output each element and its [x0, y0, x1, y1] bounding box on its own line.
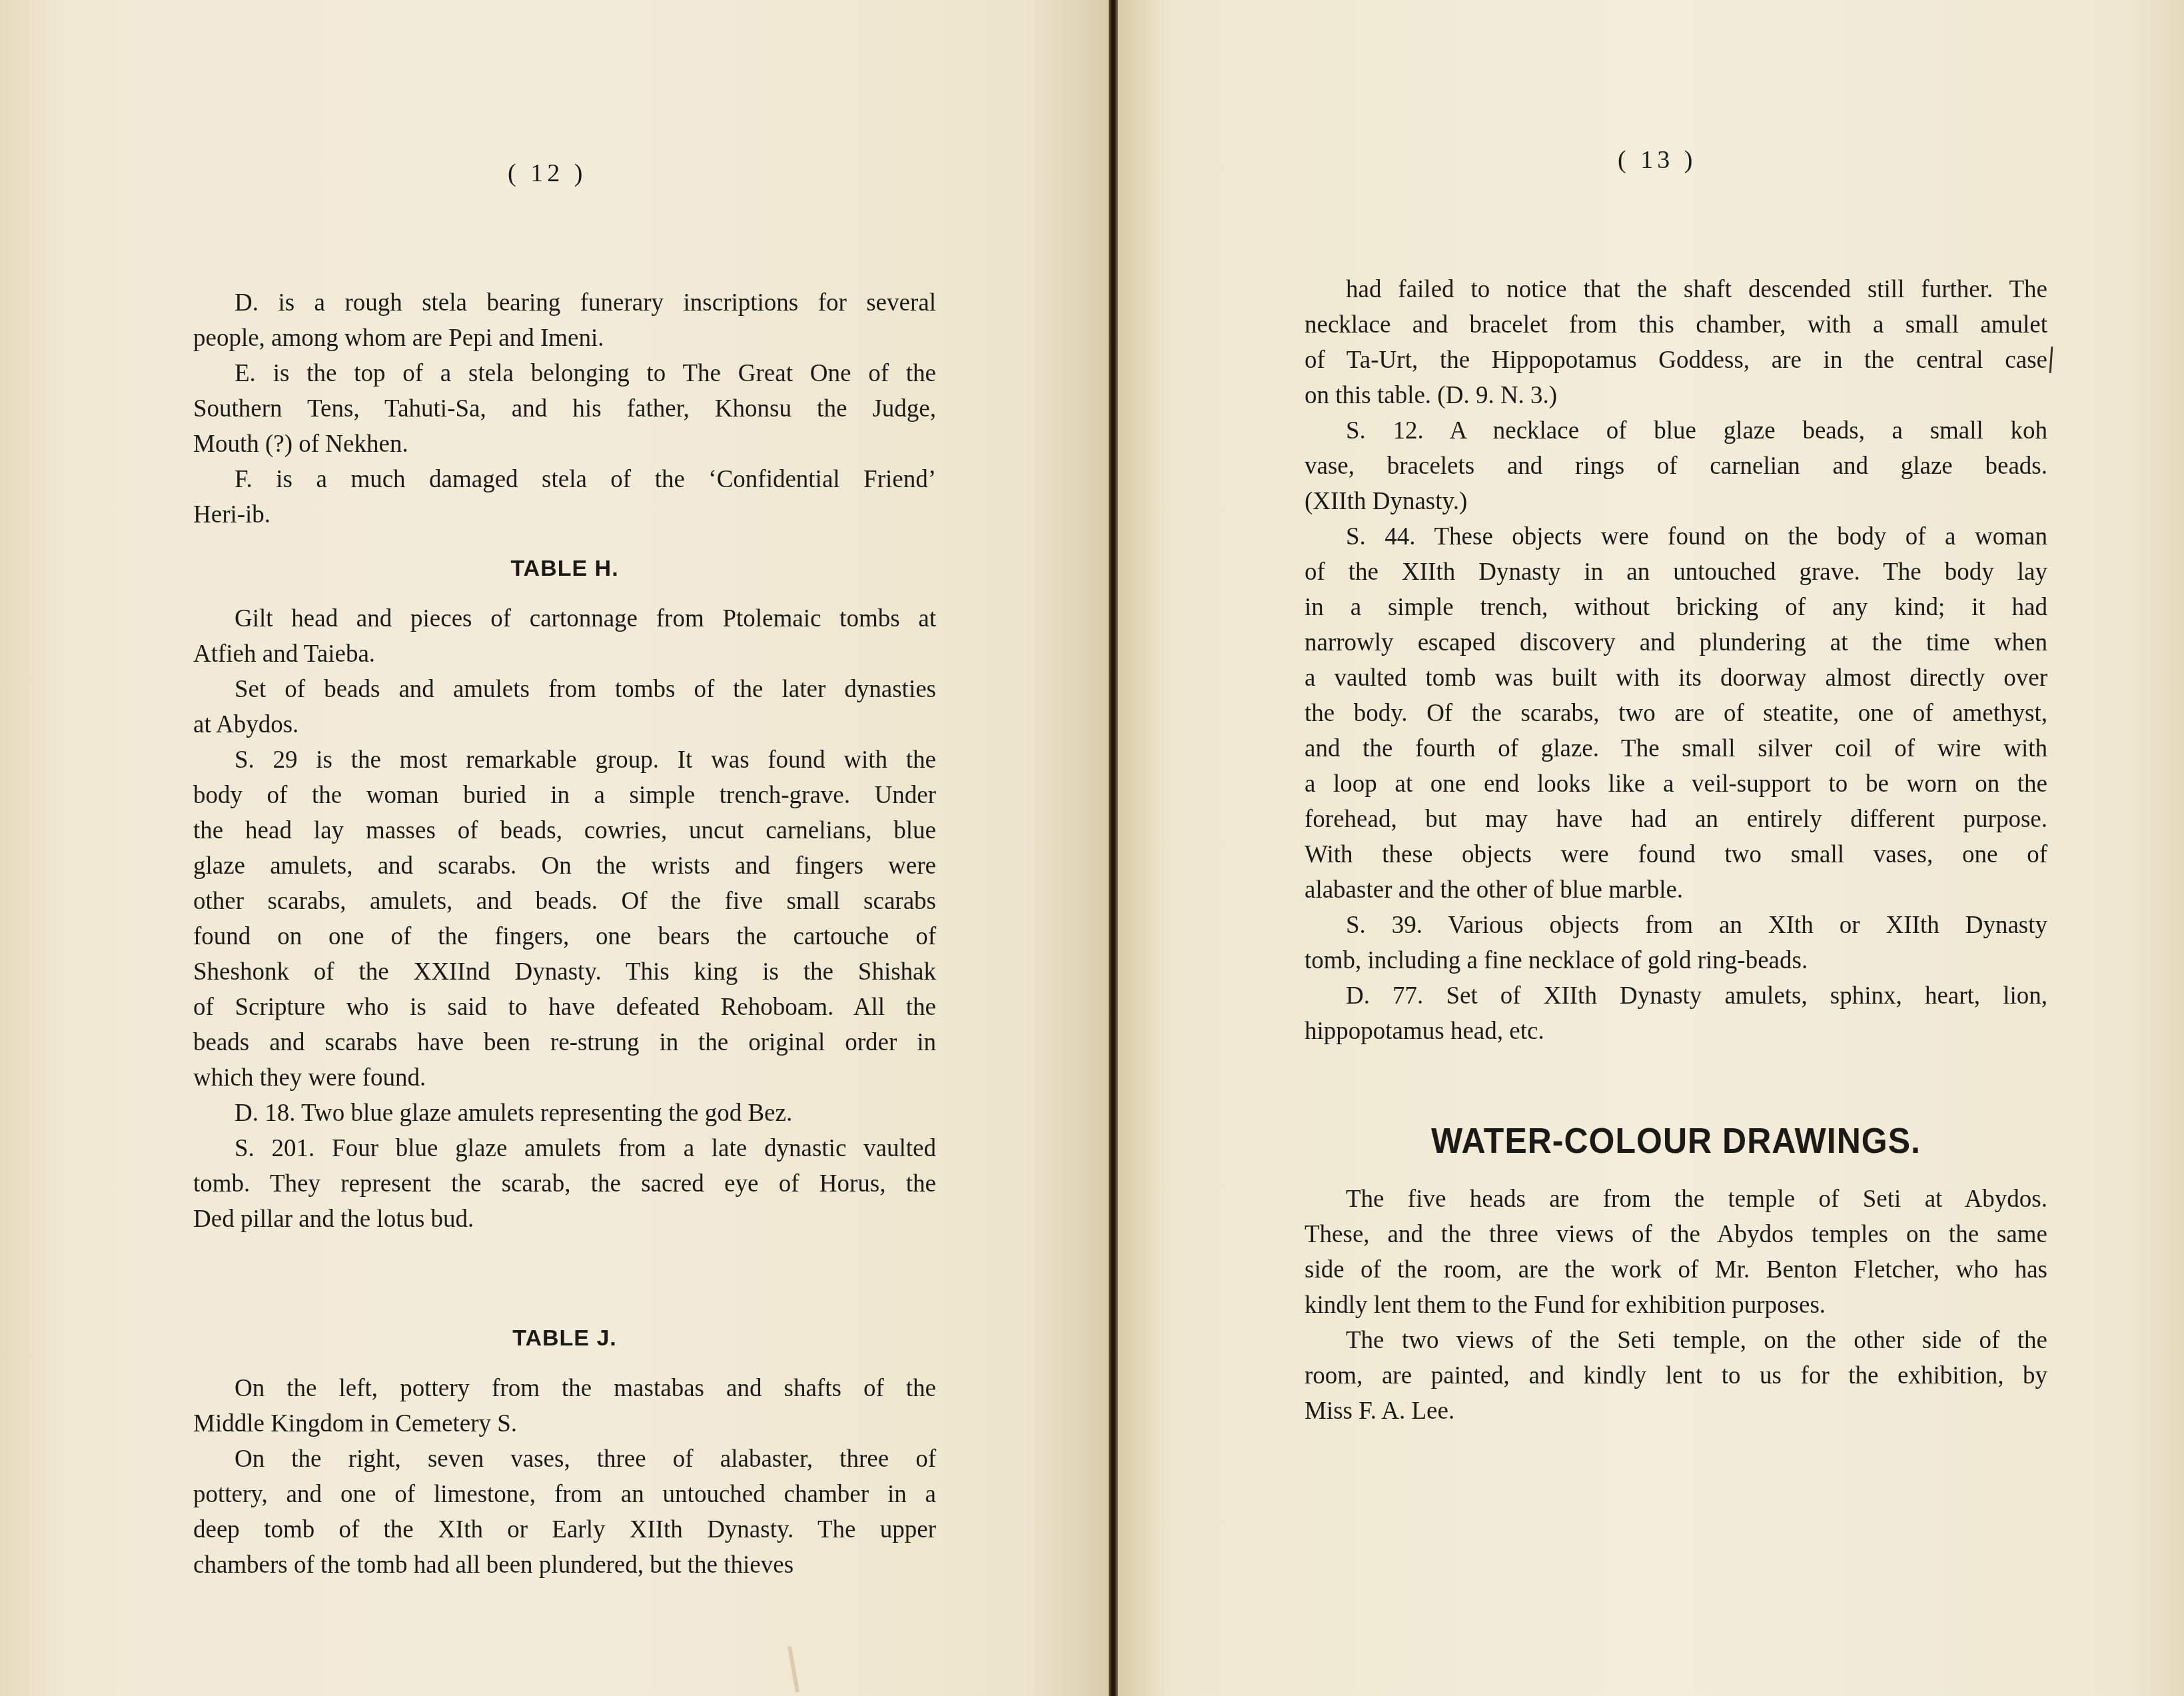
table-j-heading: TABLE J.	[193, 1321, 936, 1356]
text-line: a vaulted tomb was built with its doorwa…	[1305, 660, 2047, 696]
text-line: pottery, and one of limestone, from an u…	[193, 1477, 936, 1512]
text-line: which they were found.	[193, 1060, 936, 1096]
paragraph: had failed to notice that the shaft desc…	[1305, 272, 2047, 413]
text-line: S. 39. Various objects from an XIth or X…	[1305, 908, 2047, 943]
text-line: hippopotamus head, etc.	[1305, 1014, 2047, 1049]
text-line: Sheshonk of the XXIInd Dynasty. This kin…	[193, 954, 936, 990]
text-line: Gilt head and pieces of cartonnage from …	[193, 601, 936, 636]
continuation-paragraphs: had failed to notice that the shaft desc…	[1305, 272, 2047, 1049]
text-line: Middle Kingdom in Cemetery S.	[193, 1406, 936, 1441]
text-line: S. 12. A necklace of blue glaze beads, a…	[1305, 413, 2047, 448]
text-line: body of the woman buried in a simple tre…	[193, 778, 936, 813]
text-line: D. 77. Set of XIIth Dynasty amulets, sph…	[1305, 978, 2047, 1014]
paragraph: The two views of the Seti temple, on the…	[1305, 1323, 2047, 1429]
text-line: and the fourth of glaze. The small silve…	[1305, 731, 2047, 766]
table-j-paragraphs: On the left, pottery from the mastabas a…	[193, 1371, 936, 1583]
text-line: found on one of the fingers, one bears t…	[193, 919, 936, 954]
text-line: Atfieh and Taieba.	[193, 636, 936, 672]
paragraph: S. 29 is the most remarkable group. It w…	[193, 742, 936, 1096]
text-line: glaze amulets, and scarabs. On the wrist…	[193, 848, 936, 884]
text-line: Heri-ib.	[193, 497, 936, 532]
text-line: on this table. (D. 9. N. 3.)	[1305, 378, 2047, 413]
text-line: F. is a much damaged stela of the ‘Confi…	[193, 462, 936, 497]
text-line: Set of beads and amulets from tombs of t…	[193, 672, 936, 707]
text-line: deep tomb of the XIth or Early XIIth Dyn…	[193, 1512, 936, 1547]
text-line: The five heads are from the temple of Se…	[1305, 1182, 2047, 1217]
water-colour-heading: WATER-COLOUR DRAWINGS.	[1305, 1122, 2047, 1160]
text-line: had failed to notice that the shaft desc…	[1305, 272, 2047, 307]
text-line: (XIIth Dynasty.)	[1305, 484, 2047, 519]
text-line: forehead, but may have had an entirely d…	[1305, 802, 2047, 837]
text-line: necklace and bracelet from this chamber,…	[1305, 307, 2047, 343]
text-line: vase, bracelets and rings of carnelian a…	[1305, 448, 2047, 484]
page-number-right: ( 13 )	[1618, 145, 1696, 175]
table-h-heading: TABLE H.	[193, 551, 936, 586]
paragraph: The five heads are from the temple of Se…	[1305, 1182, 2047, 1323]
text-line: of Ta-Urt, the Hippopotamus Goddess, are…	[1305, 343, 2047, 378]
text-line: the body. Of the scarabs, two are of ste…	[1305, 696, 2047, 731]
intro-paragraphs: D. is a rough stela bearing funerary ins…	[193, 285, 936, 532]
right-text-column: had failed to notice that the shaft desc…	[1305, 272, 2047, 1429]
paragraph: S. 201. Four blue glaze amulets from a l…	[193, 1131, 936, 1237]
text-line: narrowly escaped discovery and plunderin…	[1305, 625, 2047, 660]
text-line: room, are painted, and kindly lent to us…	[1305, 1358, 2047, 1393]
text-line: tomb. They represent the scarab, the sac…	[193, 1166, 936, 1202]
text-line: D. 18. Two blue glaze amulets representi…	[193, 1096, 936, 1131]
text-line: These, and the three views of the Abydos…	[1305, 1217, 2047, 1252]
paragraph: E. is the top of a stela belonging to Th…	[193, 356, 936, 462]
text-line: With these objects were found two small …	[1305, 837, 2047, 872]
text-line: of the XIIth Dynasty in an untouched gra…	[1305, 554, 2047, 590]
text-line: E. is the top of a stela belonging to Th…	[193, 356, 936, 391]
text-line: Southern Tens, Tahuti-Sa, and his father…	[193, 391, 936, 426]
paragraph: S. 39. Various objects from an XIth or X…	[1305, 908, 2047, 978]
text-line: On the right, seven vases, three of alab…	[193, 1441, 936, 1477]
paragraph: D. 77. Set of XIIth Dynasty amulets, sph…	[1305, 978, 2047, 1049]
text-line: at Abydos.	[193, 707, 936, 742]
left-text-column: D. is a rough stela bearing funerary ins…	[193, 285, 936, 1583]
text-line: other scarabs, amulets, and beads. Of th…	[193, 884, 936, 919]
text-line: chambers of the tomb had all been plunde…	[193, 1547, 936, 1583]
text-line: kindly lent them to the Fund for exhibit…	[1305, 1287, 2047, 1323]
text-line: beads and scarabs have been re-strung in…	[193, 1025, 936, 1060]
text-line: alabaster and the other of blue marble.	[1305, 872, 2047, 908]
paragraph: D. is a rough stela bearing funerary ins…	[193, 285, 936, 356]
text-line: of Scripture who is said to have defeate…	[193, 990, 936, 1025]
paragraph: F. is a much damaged stela of the ‘Confi…	[193, 462, 936, 532]
text-line: in a simple trench, without bricking of …	[1305, 590, 2047, 625]
text-line: S. 201. Four blue glaze amulets from a l…	[193, 1131, 936, 1166]
text-line: On the left, pottery from the mastabas a…	[193, 1371, 936, 1406]
paragraph: D. 18. Two blue glaze amulets representi…	[193, 1096, 936, 1131]
paragraph: Set of beads and amulets from tombs of t…	[193, 672, 936, 742]
text-line: S. 29 is the most remarkable group. It w…	[193, 742, 936, 778]
paragraph: Gilt head and pieces of cartonnage from …	[193, 601, 936, 672]
paragraph: On the right, seven vases, three of alab…	[193, 1441, 936, 1583]
text-line: side of the room, are the work of Mr. Be…	[1305, 1252, 2047, 1287]
text-line: the head lay masses of beads, cowries, u…	[193, 813, 936, 848]
paragraph: On the left, pottery from the mastabas a…	[193, 1371, 936, 1441]
text-line: a loop at one end looks like a veil-supp…	[1305, 766, 2047, 802]
text-line: S. 44. These objects were found on the b…	[1305, 519, 2047, 554]
paragraph: S. 44. These objects were found on the b…	[1305, 519, 2047, 908]
text-line: The two views of the Seti temple, on the…	[1305, 1323, 2047, 1358]
text-line: Ded pillar and the lotus bud.	[193, 1202, 936, 1237]
text-line: tomb, including a fine necklace of gold …	[1305, 943, 2047, 978]
table-h-paragraphs: Gilt head and pieces of cartonnage from …	[193, 601, 936, 1237]
water-colour-paragraphs: The five heads are from the temple of Se…	[1305, 1182, 2047, 1429]
book-gutter	[1109, 0, 1118, 1696]
paragraph: S. 12. A necklace of blue glaze beads, a…	[1305, 413, 2047, 519]
text-line: people, among whom are Pepi and Imeni.	[193, 321, 936, 356]
text-line: Mouth (?) of Nekhen.	[193, 426, 936, 462]
text-line: Miss F. A. Lee.	[1305, 1393, 2047, 1429]
page-number-left: ( 12 )	[508, 159, 586, 188]
text-line: D. is a rough stela bearing funerary ins…	[193, 285, 936, 321]
